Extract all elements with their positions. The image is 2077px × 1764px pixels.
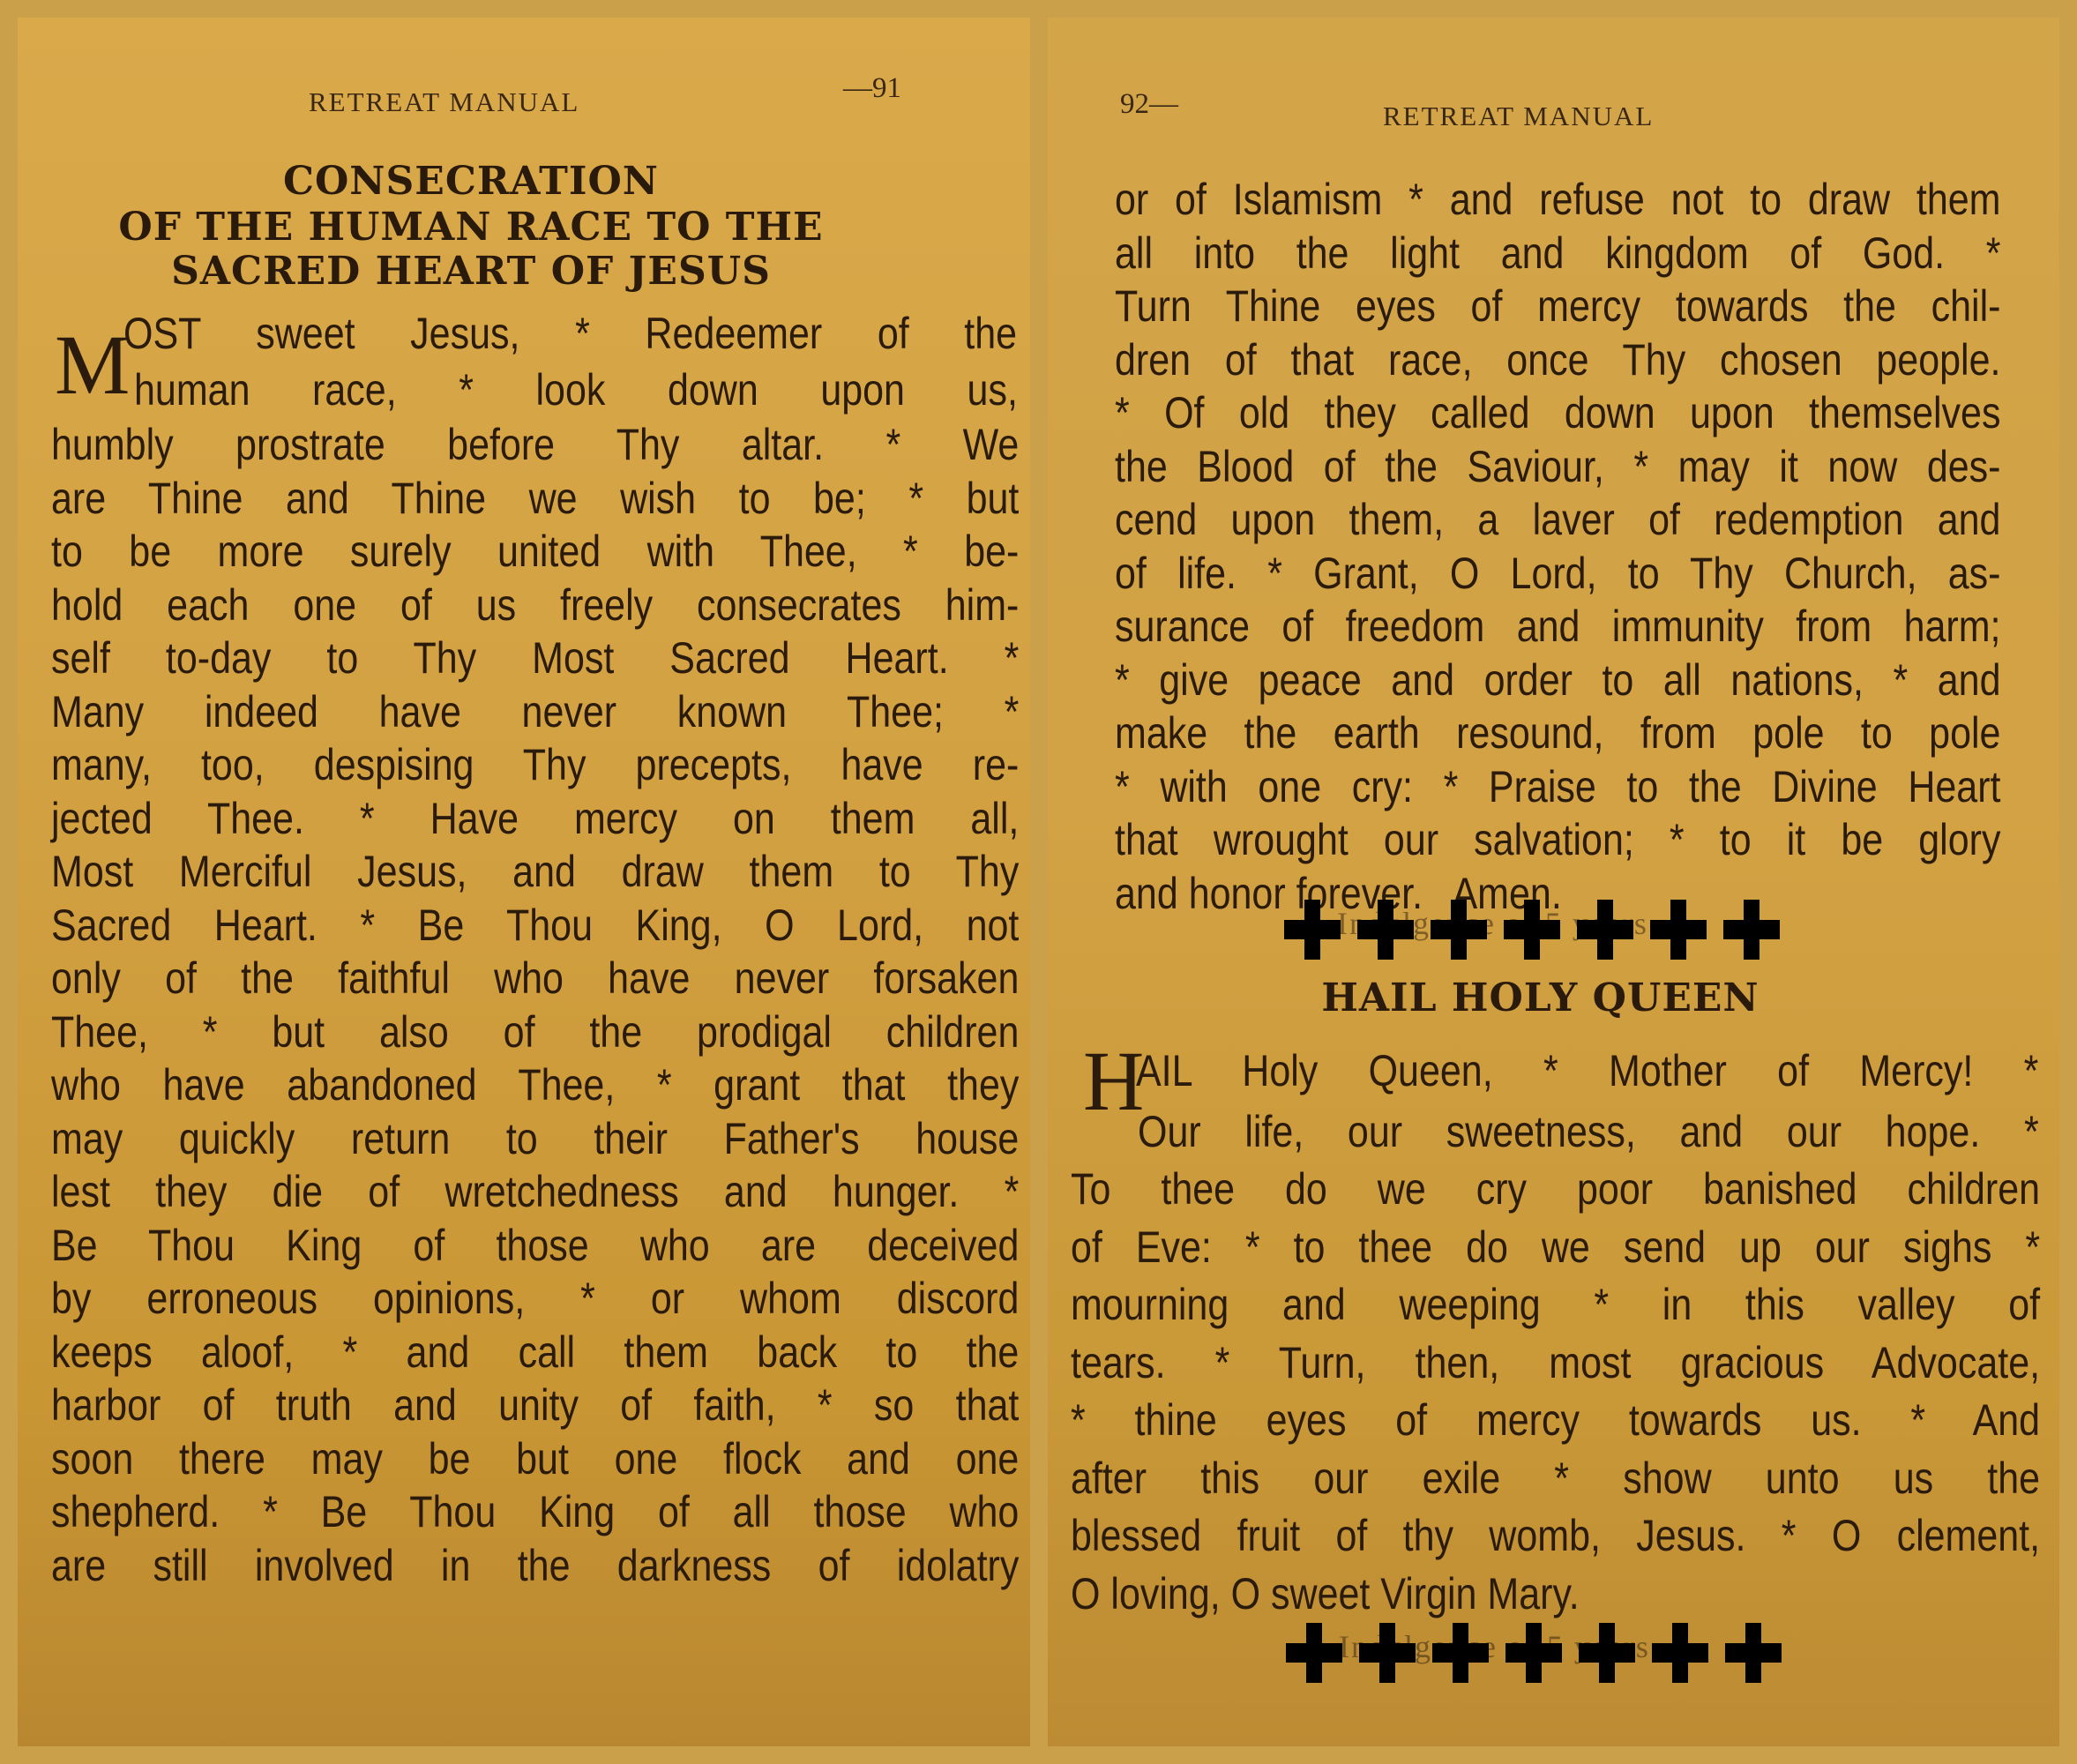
text-line: of life. * Grant, O Lord, to Thy Church,… <box>1115 547 2000 601</box>
text-line: AIL Holy Queen, * Mother of Mercy! * <box>1136 1044 2038 1098</box>
cross-icon <box>1357 900 1414 960</box>
cross-icon <box>1577 900 1633 960</box>
text-line: Most Merciful Jesus, and draw them to Th… <box>51 845 1019 899</box>
text-line: blessed fruit of thy womb, Jesus. * O cl… <box>1071 1507 2040 1566</box>
text-line: harbor of truth and unity of faith, * so… <box>51 1379 1019 1432</box>
cross-icon <box>1725 1623 1782 1683</box>
cross-icon <box>1284 900 1341 960</box>
cross-icon <box>1505 1623 1562 1683</box>
cross-icon <box>1359 1623 1416 1683</box>
text-line: Many indeed have never known Thee; * <box>51 685 1019 739</box>
text-line: * with one cry: * Praise to the Divine H… <box>1115 760 2000 814</box>
text-line: that wrought our salvation; * to it be g… <box>1115 813 2000 867</box>
running-head: RETREAT MANUAL <box>1383 101 1654 132</box>
text-line: self to-day to Thy Most Sacred Heart. * <box>51 632 1019 685</box>
text-line: To thee do we cry poor banished children <box>1071 1161 2040 1219</box>
text-line: are Thine and Thine we wish to be; * but <box>51 472 1019 526</box>
cross-row <box>1286 1623 1782 1683</box>
cross-icon <box>1286 1623 1342 1683</box>
text-line: of Eve: * to thee do we send up our sigh… <box>1071 1219 2040 1277</box>
second-line: Our life, our sweetness, and our hope. * <box>1138 1102 2039 1161</box>
cross-icon <box>1723 900 1780 960</box>
page-number: —91 <box>843 72 901 105</box>
page-number: 92— <box>1120 88 1178 121</box>
drop-cap: M <box>55 323 130 407</box>
title-line-1: CONSECRATION <box>18 159 1030 204</box>
text-line: hold each one of us freely consecrates h… <box>51 579 1019 632</box>
title-line-2: OF THE HUMAN RACE TO THE <box>18 205 1030 250</box>
cross-icon <box>1431 900 1487 960</box>
text-line: Be Thou King of those who are deceived <box>51 1219 1019 1273</box>
text-line: cend upon them, a laver of redemption an… <box>1115 493 2000 547</box>
text-line: Thee, * but also of the prodigal childre… <box>51 1005 1019 1059</box>
text-line: shepherd. * Be Thou King of all those wh… <box>51 1485 1019 1539</box>
text-line: Our life, our sweetness, and our hope. * <box>1138 1102 2039 1161</box>
text-line: * thine eyes of mercy towards us. * And <box>1071 1392 2040 1450</box>
text-line: soon there may be but one flock and one <box>51 1432 1019 1486</box>
cross-icon <box>1432 1623 1489 1683</box>
text-line: Turn Thine eyes of mercy towards the chi… <box>1115 280 2000 333</box>
cross-icon <box>1504 900 1560 960</box>
text-line: many, too, despising Thy precepts, have … <box>51 738 1019 792</box>
text-line: lest they die of wretchedness and hunger… <box>51 1165 1019 1219</box>
text-line: or of Islamism * and refuse not to draw … <box>1115 173 2000 227</box>
page-92: 92— RETREAT MANUAL or of Islamism * and … <box>1048 18 2059 1746</box>
text-line: human race, * look down upon us, <box>134 363 1018 417</box>
first-line: OST sweet Jesus, * Redeemer of the <box>123 307 1017 361</box>
text-line: * give peace and order to all nations, *… <box>1115 654 2000 707</box>
text-line: to be more surely united with Thee, * be… <box>51 525 1019 579</box>
text-line: * Of old they called down upon themselve… <box>1115 386 2000 440</box>
text-line: after this our exile * show unto us the <box>1071 1450 2040 1508</box>
second-line: human race, * look down upon us, <box>134 363 1018 417</box>
text-line: all into the light and kingdom of God. * <box>1115 227 2000 280</box>
text-line: O loving, O sweet Virgin Mary. <box>1071 1566 2040 1624</box>
consecration-body: humbly prostrate before Thy altar. * We … <box>51 418 1019 1592</box>
text-line: may quickly return to their Father's hou… <box>51 1112 1019 1166</box>
text-line: humbly prostrate before Thy altar. * We <box>51 418 1019 472</box>
cross-icon <box>1579 1623 1635 1683</box>
text-line: surance of freedom and immunity from har… <box>1115 600 2000 654</box>
cross-icon <box>1652 1623 1708 1683</box>
drop-cap: H <box>1083 1039 1144 1124</box>
page-91: RETREAT MANUAL —91 CONSECRATION OF THE H… <box>18 18 1030 1746</box>
consecration-continued: or of Islamism * and refuse not to draw … <box>1115 173 2000 920</box>
cross-row <box>1284 900 1780 960</box>
hail-holy-queen-body: To thee do we cry poor banished children… <box>1071 1161 2040 1623</box>
text-line: tears. * Turn, then, most gracious Advoc… <box>1071 1334 2040 1393</box>
text-line: keeps aloof, * and call them back to the <box>51 1326 1019 1379</box>
text-line: Sacred Heart. * Be Thou King, O Lord, no… <box>51 899 1019 953</box>
text-line: OST sweet Jesus, * Redeemer of the <box>123 307 1017 361</box>
cross-icon <box>1650 900 1707 960</box>
title-line-3: SACRED HEART OF JESUS <box>18 249 1030 294</box>
text-line: who have abandoned Thee, * grant that th… <box>51 1058 1019 1112</box>
text-line: only of the faithful who have never fors… <box>51 952 1019 1005</box>
text-line: mourning and weeping * in this valley of <box>1071 1276 2040 1334</box>
text-line: make the earth resound, from pole to pol… <box>1115 706 2000 760</box>
text-line: the Blood of the Saviour, * may it now d… <box>1115 440 2000 494</box>
text-line: are still involved in the darkness of id… <box>51 1539 1019 1593</box>
running-head: RETREAT MANUAL <box>309 86 579 118</box>
first-line: AIL Holy Queen, * Mother of Mercy! * <box>1136 1044 2038 1098</box>
text-line: jected Thee. * Have mercy on them all, <box>51 792 1019 846</box>
section-title: HAIL HOLY QUEEN <box>1048 975 2059 1020</box>
text-line: dren of that race, once Thy chosen peopl… <box>1115 333 2000 387</box>
text-line: by erroneous opinions, * or whom discord <box>51 1272 1019 1326</box>
